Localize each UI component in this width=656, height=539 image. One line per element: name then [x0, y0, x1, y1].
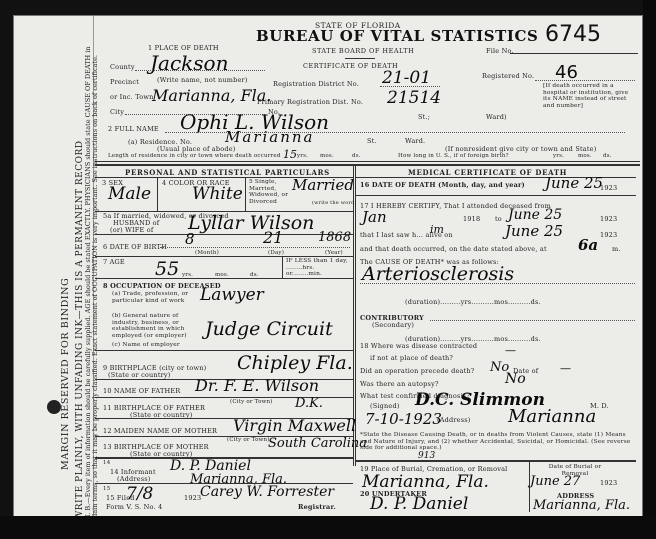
attended-to-value: June 25 — [508, 207, 562, 223]
reg-district-line — [380, 86, 440, 87]
punch-hole-icon — [47, 400, 61, 414]
residence-ward-label: Ward. — [405, 137, 425, 145]
general-nature-value: Judge Circuit — [205, 318, 333, 340]
less-than-day-label: IF LESS than 1 day, ........hrs. or.....… — [286, 258, 351, 278]
rule — [356, 195, 636, 196]
burial-date-year: 1923 — [600, 479, 617, 487]
dob-label: 6 DATE OF BIRTH — [103, 243, 167, 251]
time-label: and that death occurred, on the date sta… — [360, 245, 547, 253]
filed-year: 1923 — [184, 494, 201, 502]
attended-to-year: 1923 — [600, 215, 617, 223]
rule — [95, 234, 353, 235]
sex-value: Male — [108, 184, 151, 204]
rule — [157, 177, 158, 211]
contributory-line — [430, 320, 635, 321]
duration-label: (duration).........yrs..........mos.....… — [405, 298, 541, 306]
informant-number: 14 — [103, 460, 110, 466]
age-label: 7 AGE — [103, 258, 125, 266]
burial-place-value: Marianna, Fla. — [362, 472, 489, 492]
trade-value: Lawyer — [200, 285, 264, 305]
signed-label: (Signed) — [370, 402, 400, 410]
age-value: 55 — [155, 258, 179, 280]
city-label: City — [110, 108, 124, 116]
dob-year: 1868 — [318, 230, 351, 245]
registrar-label: Registrar. — [298, 503, 336, 511]
full-name-label: 2 FULL NAME — [108, 125, 159, 133]
length-yrs-label: yrs. — [297, 153, 308, 159]
date-of-death-value: June 25 — [545, 174, 603, 192]
registered-no-label: Registered No. — [482, 72, 534, 80]
signed-date: 7-10-1923 — [365, 410, 442, 428]
board-heading: STATE BOARD OF HEALTH — [312, 47, 414, 55]
rule — [282, 256, 283, 278]
ward-label: Ward) — [486, 113, 507, 121]
section-rule-thick — [95, 164, 640, 166]
length-ds-label: ds. — [352, 153, 361, 159]
informant-address-label: (Address) — [117, 475, 151, 483]
bureau-title: BUREAU OF VITAL STATISTICS — [256, 27, 539, 45]
margin-instruction-3: plain terms, so that it may be properly … — [91, 55, 99, 520]
file-number: 6745 — [545, 22, 601, 47]
autopsy-label: Was there an autopsy? — [360, 380, 439, 388]
filed-number: 15 — [103, 486, 110, 492]
reg-district-label: Registration District No. — [273, 80, 359, 88]
general-nature-label: (b) General nature of industry, business… — [112, 313, 187, 339]
birthplace-hint: (State or country) — [108, 371, 171, 379]
race-value: White — [192, 184, 243, 204]
father-city-hint: (City or Town) — [230, 399, 273, 405]
county-value: Jackson — [150, 51, 228, 75]
county-line — [135, 70, 265, 71]
operation-label: Did an operation precede death? — [360, 367, 474, 375]
residence-st-label: St. — [367, 137, 377, 145]
time-value: 6a — [578, 236, 598, 254]
trade-label: (a) Trade, profession, or particular kin… — [112, 291, 197, 304]
primary-reg-label: Primary Registration Dist. No. — [257, 98, 363, 106]
dob-line — [160, 247, 350, 248]
us-yrs-label: yrs. — [553, 153, 564, 159]
us-ds-label: ds. — [603, 153, 612, 159]
town-value: Marianna, Fla. — [152, 86, 271, 105]
to-label: to — [495, 215, 502, 223]
residence-hint: (Usual place of abode) — [157, 145, 236, 153]
rule — [245, 177, 246, 211]
employer-label: (c) Name of employer — [112, 342, 180, 348]
section-rule — [95, 161, 640, 162]
attended-from-year: 1918 — [463, 215, 480, 223]
registrar-signature: Carey W. Forrester — [200, 484, 334, 500]
mother-name-value: Virgin Maxwell — [233, 416, 356, 435]
where-contracted-label-2: if not at place of death? — [370, 354, 453, 362]
filed-value: 7/8 — [126, 484, 153, 504]
where-contracted-label: 18 Where was disease contracted — [360, 342, 477, 350]
date-of-operation-value: — — [560, 362, 571, 375]
margin-reserved-text: MARGIN RESERVED FOR BINDING — [60, 278, 71, 470]
town-label: or Inc. Town — [110, 93, 154, 101]
mother-name-label: 12 MAIDEN NAME OF MOTHER — [103, 427, 217, 435]
dob-month: 8 — [185, 230, 195, 248]
precinct-hint: (Write name, not number) — [157, 76, 248, 84]
autopsy-value: No — [505, 371, 526, 387]
scan-border — [643, 0, 656, 539]
primary-reg-value: 21514 — [387, 88, 441, 108]
us-mos-label: mos. — [578, 153, 592, 159]
dob-day: 21 — [263, 228, 283, 247]
burial-date-value: June 27 — [530, 474, 580, 489]
file-no-line — [510, 53, 638, 54]
reg-district-value: 21-01 — [382, 68, 431, 88]
address-label: (Address) — [437, 416, 471, 424]
spouse-value: Lyllar Wilson — [188, 212, 314, 234]
cause-value: Arteriosclerosis — [362, 263, 514, 285]
divider — [345, 58, 375, 59]
scan-border-bottom — [0, 516, 656, 539]
last-saw-value: June 25 — [505, 222, 563, 240]
secondary-label: (Secondary) — [372, 321, 414, 329]
length-of-residence-label: Length of residence in city or town wher… — [108, 153, 281, 159]
last-saw-pronoun: im — [430, 223, 444, 236]
st-label: St.; — [418, 113, 430, 121]
how-long-us-label: How long in U. S., if of foreign birth? — [398, 153, 509, 159]
form-label: Form V. S. No. 4 — [106, 503, 162, 511]
precinct-label: Precinct — [110, 78, 139, 86]
registered-no-line — [535, 80, 635, 81]
father-birthplace-value: D.K. — [295, 396, 323, 411]
rule — [95, 350, 353, 351]
rule — [95, 256, 353, 257]
attended-from-value: Jan — [362, 208, 387, 226]
county-label: County — [110, 63, 135, 71]
date-of-death-year: 1923 — [600, 184, 617, 192]
rule — [95, 278, 353, 279]
marital-value: Married — [292, 176, 354, 194]
undertaker-address-value: Marianna, Fla. — [533, 498, 630, 513]
spouse-label-3: (or) WIFE of — [110, 226, 153, 234]
birthplace-value: Chipley Fla. — [237, 352, 353, 374]
mother-birthplace-value: South Carolina — [268, 436, 367, 451]
last-saw-year: 1923 — [600, 231, 617, 239]
rule — [356, 460, 636, 462]
physician-address: Marianna — [508, 406, 596, 427]
father-name-label: 10 NAME OF FATHER — [103, 387, 180, 395]
marital-hint: (write the word) — [312, 200, 357, 206]
mother-city-hint: (City or Town) — [227, 437, 270, 443]
length-of-residence-value: 15 — [283, 148, 297, 161]
nonresident-hint: (If nonresident give city or town and St… — [445, 145, 596, 153]
hospital-note: [If death occurred in a hospital or inst… — [543, 83, 635, 109]
marital-label: 5 Single, Married, Widowed, or Divorced — [249, 179, 289, 205]
residence-value: Marianna — [225, 128, 314, 146]
time-suffix: m. — [612, 245, 621, 253]
cause-footnote: *State the Disease Causing Death, or in … — [360, 432, 635, 452]
medical-section-title: MEDICAL CERTIFICATE OF DEATH — [408, 168, 567, 177]
length-mos-label: mos. — [320, 153, 334, 159]
cause-line — [360, 283, 635, 284]
father-name-value: Dr. F. E. Wilson — [195, 376, 319, 395]
where-contracted-value: — — [505, 344, 516, 357]
undertaker-value: D. P. Daniel — [370, 494, 468, 514]
date-of-death-label: 16 DATE OF DEATH (Month, day, and year) — [360, 181, 525, 189]
